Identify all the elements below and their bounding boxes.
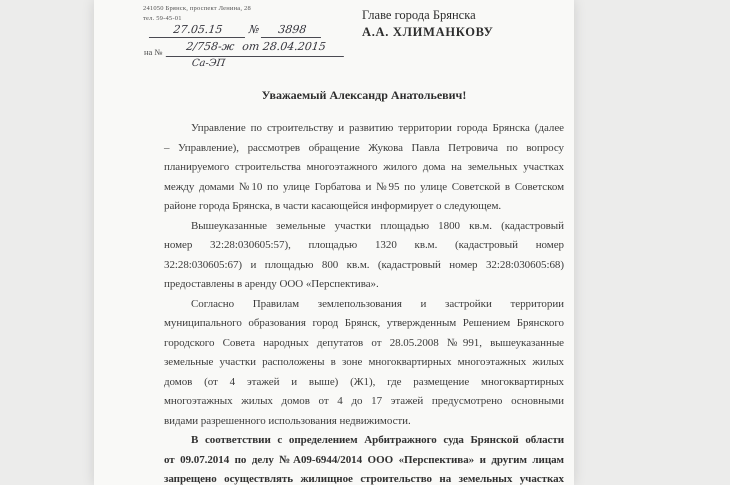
body-line: Управление по строительству и развитию т… [164, 119, 564, 139]
body-line: многоэтажных жилых домов от 4 до 17 этаж… [164, 392, 564, 412]
body-line: районе города Брянска, в части касающейс… [164, 197, 564, 217]
letterhead-address-line: 241050 Брянск, проспект Ленина, 28 [143, 4, 251, 14]
body-line: номер 32:28:030605:57), площадью 1320 кв… [164, 236, 564, 256]
body-line: городского Совета народных депутатов от … [164, 334, 564, 354]
resolution-note-handwritten: Са-ЭП [191, 58, 226, 69]
body-line: муниципального образования город Брянск,… [164, 314, 564, 334]
recipient-block: Главе города Брянска А.А. ХЛИМАНКОВУ [362, 7, 494, 41]
body-line: 32:28:030605:67) и площадью 800 кв.м. (к… [164, 256, 564, 276]
body-line: запрещено осуществлять жилищное строител… [164, 470, 564, 485]
body-line: Вышеуказанные земельные участки площадью… [164, 217, 564, 237]
outgoing-number-handwritten: 3898 [261, 23, 323, 38]
recipient-title: Главе города Брянска [362, 7, 494, 24]
incoming-date-handwritten: от 28.04.2015 [241, 40, 326, 53]
body-line: планируемого строительства многоэтажного… [164, 158, 564, 178]
screenshot-root: { "document": { "letterhead": { "address… [0, 0, 730, 485]
incoming-number-handwritten: 2/758-ж [185, 40, 235, 53]
paragraph-2: Вышеуказанные земельные участки площадью… [164, 217, 564, 295]
outgoing-date-handwritten: 27.05.15 [149, 23, 247, 38]
paragraph-4: В соответствии с определением Арбитражно… [164, 431, 564, 485]
body-line: от 09.07.2014 по делу №А09-6944/2014 ООО… [164, 451, 564, 471]
body-line: видами разрешенного использования недвиж… [164, 412, 564, 432]
body-line: предоставлены в аренду ООО «Перспектива»… [164, 275, 564, 295]
salutation: Уважаемый Александр Анатольевич! [164, 88, 564, 103]
paragraph-3: Согласно Правилам землепользования и зас… [164, 295, 564, 432]
body-line: Согласно Правилам землепользования и зас… [164, 295, 564, 315]
body-line: земельные участки расположены в зоне мно… [164, 353, 564, 373]
letter-body: Управление по строительству и развитию т… [164, 119, 564, 485]
recipient-name: А.А. ХЛИМАНКОВУ [362, 24, 494, 41]
body-line: – Управление), рассмотрев обращение Жуко… [164, 139, 564, 159]
document-page: 241050 Брянск, проспект Ленина, 28 тел. … [94, 0, 574, 485]
body-line: между домами №10 по улице Горбатова и №9… [164, 178, 564, 198]
outgoing-number-row: 27.05.15№3898 [149, 20, 324, 38]
paragraph-1: Управление по строительству и развитию т… [164, 119, 564, 217]
body-line: В соответствии с определением Арбитражно… [164, 431, 564, 451]
number-sign: № [248, 23, 260, 36]
incoming-label: на № [144, 47, 163, 57]
resolution-note-row: Са-ЭП [191, 53, 227, 71]
body-line: домов (от 4 этажей и выше) (Ж1), где раз… [164, 373, 564, 393]
incoming-number-row: на № 2/758-ж от 28.04.2015 [144, 37, 345, 57]
